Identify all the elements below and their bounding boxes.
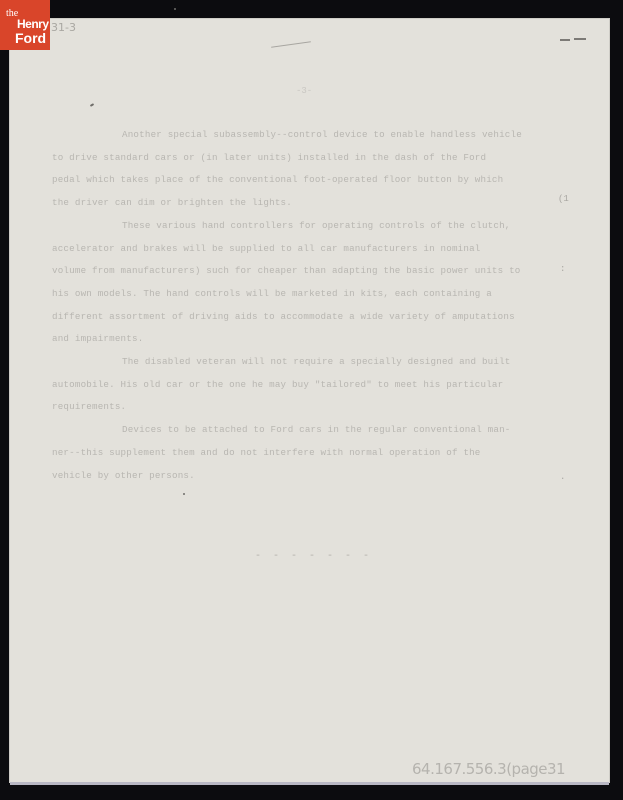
henry-ford-logo: the Henry Ford [0, 0, 50, 50]
page-edge [10, 782, 609, 785]
text-line: Devices to be attached to Ford cars in t… [52, 419, 582, 442]
text-line: and impairments. [52, 328, 582, 351]
logo-ford: Ford [15, 30, 46, 46]
pencil-mark-right-1 [560, 39, 570, 41]
text-line: his own models. The hand controls will b… [52, 283, 582, 306]
text-line: The disabled veteran will not require a … [52, 351, 582, 374]
text-line: to drive standard cars or (in later unit… [52, 147, 582, 170]
bottom-reference-number: 64.167.556.3(page31 [412, 760, 565, 778]
text-line: vehicle by other persons. [52, 465, 582, 488]
text-line: ner--this supplement them and do not int… [52, 442, 582, 465]
text-line: pedal which takes place of the conventio… [52, 169, 582, 192]
pencil-mark-right-2 [574, 38, 586, 40]
text-line: volume from manufacturers) such for chea… [52, 260, 582, 283]
text-line: the driver can dim or brighten the light… [52, 192, 582, 215]
logo-henry: Henry [17, 17, 49, 31]
dust-spot [174, 8, 176, 10]
text-line: automobile. His old car or the one he ma… [52, 374, 582, 397]
text-line: Another special subassembly--control dev… [52, 124, 582, 147]
end-marker: - - - - - - - [255, 551, 372, 562]
text-line: requirements. [52, 396, 582, 419]
document-body: Another special subassembly--control dev… [52, 124, 582, 487]
text-line: accelerator and brakes will be supplied … [52, 238, 582, 261]
top-reference-number: 31-3 [51, 21, 76, 34]
dust-spot [183, 493, 185, 495]
page-number: -3- [296, 86, 312, 96]
text-line: These various hand controllers for opera… [52, 215, 582, 238]
text-line: different assortment of driving aids to … [52, 306, 582, 329]
